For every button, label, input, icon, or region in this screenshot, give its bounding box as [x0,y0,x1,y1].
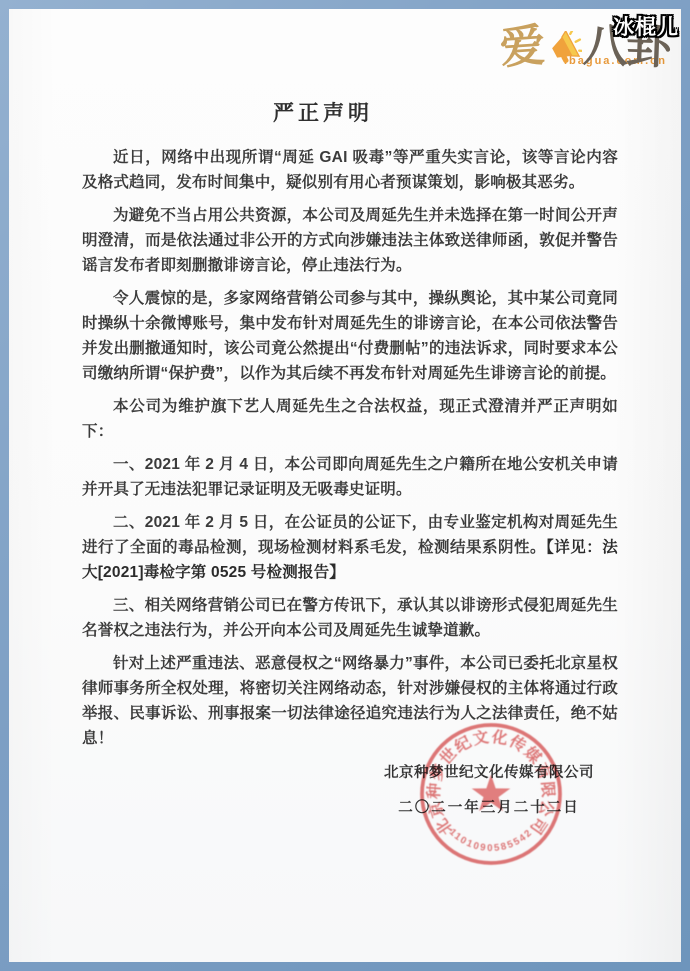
paragraph-marketing-companies: 令人震惊的是，多家网络营销公司参与其中，操纵舆论，其中某公司竟同时操纵十余微博账… [82,286,618,386]
paragraph-item-3: 三、相关网络营销公司已在警方传讯下，承认其以诽谤形式侵犯周延先生名誉权之违法行为… [82,593,618,643]
paragraph-text: 一、2021 年 2 月 4 日，本公司即向周延先生之户籍所在地公安机关申请并开… [82,456,618,498]
paragraph-text: 为避免不当占用公共资源，本公司及周延先生并未选择在第一时间公开声明澄清，而是依法… [82,207,618,274]
paragraph-text: 本公司为维护旗下艺人周延先生之合法权益，现正式澄清并严正声明如下： [82,398,618,440]
seal-serial-number: 1101090585542 [447,827,535,854]
paragraph-text: 近日，网络中出现所谓“周延 GAI 吸毒”等严重失实言论，该等言论内容及格式趋同… [82,149,618,191]
paragraph-intro: 近日，网络中出现所谓“周延 GAI 吸毒”等严重失实言论，该等言论内容及格式趋同… [82,145,618,195]
paragraph-declaration-lead: 本公司为维护旗下艺人周延先生之合法权益，现正式澄清并严正声明如下： [82,394,618,444]
paragraph-text: 三、相关网络营销公司已在警方传讯下，承认其以诽谤形式侵犯周延先生名誉权之违法行为… [82,597,618,639]
photo-frame: 严正声明 近日，网络中出现所谓“周延 GAI 吸毒”等严重失实言论，该等言论内容… [0,0,690,971]
seal-star-icon [472,775,511,812]
statement-page: 严正声明 近日，网络中出现所谓“周延 GAI 吸毒”等严重失实言论，该等言论内容… [9,9,681,962]
paragraph-response: 为避免不当占用公共资源，本公司及周延先生并未选择在第一时间公开声明澄清，而是依法… [82,203,618,278]
paragraph-item-2: 二、2021 年 2 月 5 日，在公证员的公证下，由专业鉴定机构对周延先生进行… [82,510,618,585]
megaphone-icon [546,31,582,65]
watermark-badge: 冰棍儿 [613,11,679,41]
company-seal-stamp: 北京种梦世纪文化传媒有限公司 1101090585542 [416,719,566,869]
statement-body: 近日，网络中出现所谓“周延 GAI 吸毒”等严重失实言论，该等言论内容及格式趋同… [9,145,681,751]
logo-char-ai: 爱 [498,22,544,73]
statement-title: 严正声明 [9,101,659,127]
paragraph-text: 二、2021 年 2 月 5 日，在公证员的公证下，由专业鉴定机构对周延先生进行… [82,514,618,556]
paragraph-item-1: 一、2021 年 2 月 4 日，本公司即向周延先生之户籍所在地公安机关申请并开… [82,452,618,502]
svg-text:1101090585542: 1101090585542 [447,827,535,854]
paragraph-text: 令人震惊的是，多家网络营销公司参与其中，操纵舆论，其中某公司竟同时操纵十余微博账… [82,290,618,382]
